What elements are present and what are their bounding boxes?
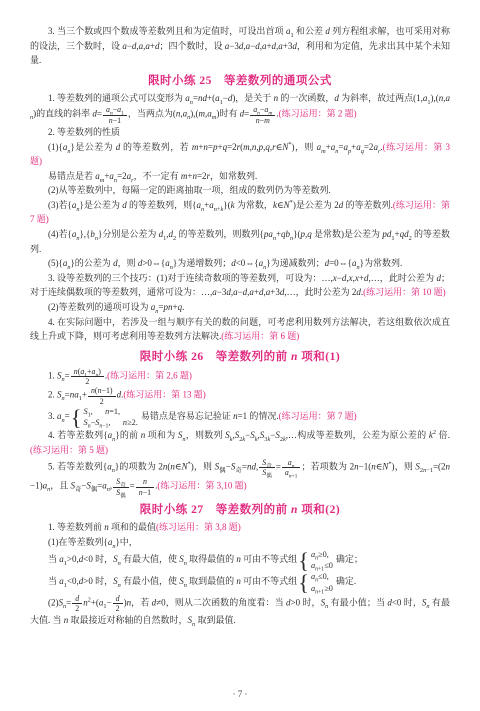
- fraction-denominator: S偶: [113, 487, 129, 497]
- fraction: d2: [113, 594, 123, 614]
- practice-ref: (练习运用：第 2 题): [279, 109, 357, 119]
- paragraph: 1. 等差数列的通项公式可以变形为 an=nd+(a1−d)，是关于 n 的一次…: [30, 91, 450, 125]
- fraction-numerator: n(n−1): [88, 386, 116, 395]
- fraction-denominator: an+1: [282, 467, 301, 477]
- piecewise-group: {an≥0,an+1≤0: [298, 549, 333, 571]
- fraction-numerator: an−a1: [103, 105, 127, 114]
- paragraph: 易错点是若 am+an=2ar，不一定有 m+n=2r，如常数列.: [30, 169, 450, 184]
- fraction: an−a1n−1: [103, 105, 127, 125]
- paragraph: 当 a1<0,d>0 时，Sn 有最小值，使 Sn 取到最值的 n 可由不等式组…: [30, 571, 450, 593]
- section-heading: 限时小练 25 等差数列的通项公式: [30, 72, 450, 88]
- cases-row: an≤0,: [311, 571, 333, 582]
- cases-body: an≥0,an+1≤0: [311, 549, 333, 571]
- document-page: 3. 当三个数或四个数成等差数列且和为定值时，可设出首项 a1 和公差 d 列方…: [0, 0, 480, 638]
- cases-row: an≥0,: [311, 549, 333, 560]
- fraction-denominator: 2: [88, 396, 116, 406]
- cases-cell: n≥2.: [123, 417, 138, 428]
- practice-ref: (练习运用：第 5 题): [30, 445, 108, 455]
- paragraph: (4)若{an},{bn}分别是公差为 d1,d2 的等差数列，则数列{pan+…: [30, 227, 450, 256]
- fraction-denominator: 2: [71, 376, 104, 386]
- left-brace: {: [298, 573, 309, 592]
- cases-cell: n=1,: [105, 406, 120, 417]
- fraction: an−amn−m: [250, 105, 275, 125]
- practice-ref: (练习运用：第 2,6 题): [107, 370, 192, 380]
- paragraph: 3. an={S1,n=1,Sn−Sn−1,n≥2.易错点是容易忘记验证 n=1…: [30, 406, 450, 428]
- fraction-numerator: n: [136, 477, 154, 486]
- cases-cell: Sn−Sn−1,: [84, 417, 111, 428]
- cases-cell: an+1≥0: [311, 583, 333, 594]
- left-brace: {: [298, 551, 309, 570]
- fraction-numerator: an: [282, 458, 301, 467]
- piecewise-group: {an≤0,an+1≥0: [298, 571, 333, 593]
- cases-cell: an≤0,: [311, 571, 329, 582]
- fraction-numerator: d: [113, 594, 123, 603]
- cases-cell: an+1≤0: [311, 560, 333, 571]
- cases-row: S1,n=1,: [84, 406, 138, 417]
- fraction: d2: [72, 594, 82, 614]
- paragraph: (2)等差数列的通项可设为 an=pn+q.: [30, 300, 450, 315]
- page-number: · 7 ·: [0, 689, 480, 699]
- fraction-numerator: S奇: [113, 477, 129, 486]
- paragraph: (2)从等差数列中，每隔一定的距离抽取一项，组成的数列仍为等差数列.: [30, 183, 450, 198]
- section-heading: 限时小练 26 等差数列的前 n 项和(1): [30, 348, 450, 364]
- practice-ref: (练习运用：第 3,8 题): [156, 522, 241, 532]
- paragraph: 4. 在实际问题中，若涉及一组与顺序有关的数的问题，可考虑利用数列方法解决，若这…: [30, 315, 450, 344]
- cases-body: an≤0,an+1≥0: [311, 571, 333, 593]
- left-brace: {: [71, 408, 82, 427]
- fraction-denominator: 2: [113, 603, 123, 613]
- cases-body: S1,n=1,Sn−Sn−1,n≥2.: [84, 406, 138, 428]
- fraction: n(n−1)2: [88, 386, 116, 406]
- practice-ref: (练习运用：第 3 题): [30, 142, 450, 167]
- piecewise-group: {S1,n=1,Sn−Sn−1,n≥2.: [71, 406, 138, 428]
- fraction: S奇S偶: [113, 477, 129, 497]
- paragraph: (1)在等差数列{an}中，: [30, 535, 450, 550]
- paragraph: 5. 若等差数列{an}的项数为 2n(n∈N*)，则 S偶−S奇=nd,S奇S…: [30, 458, 450, 497]
- cases-row: an+1≤0: [311, 560, 333, 571]
- practice-ref: (练习运用：第 3,10 题): [157, 481, 246, 491]
- fraction-denominator: 2: [72, 603, 82, 613]
- fraction-numerator: d: [72, 594, 82, 603]
- paragraph: (2)Sn=d2n2+(a1−d2)n，若 d≠0，则从二次函数的角度看：当 d…: [30, 594, 450, 628]
- fraction-denominator: n−1: [136, 487, 154, 497]
- paragraph: 4. 若等差数列{an}的前 n 项和为 Sn，则数列 Sk,S2k−Sk,S3…: [30, 428, 450, 457]
- page-content: 3. 当三个数或四个数成等差数列且和为定值时，可设出首项 a1 和公差 d 列方…: [30, 24, 450, 628]
- paragraph: 2. Sn=na1+n(n−1)2d.(练习运用：第 13 题): [30, 386, 450, 406]
- practice-ref: (练习运用：第 7 题): [30, 200, 450, 225]
- fraction: nn−1: [136, 477, 154, 497]
- cases-cell: an≥0,: [311, 549, 329, 560]
- cases-row: an+1≥0: [311, 583, 333, 594]
- paragraph: 1. 等差数列前 n 项和的最值(练习运用：第 3,8 题): [30, 520, 450, 535]
- practice-ref: (练习运用：第 7 题): [279, 411, 357, 421]
- practice-ref: (练习运用：第 6 题): [221, 331, 299, 341]
- practice-ref: (练习运用：第 10 题): [363, 287, 446, 297]
- paragraph: 2. 等差数列的性质: [30, 125, 450, 140]
- fraction-denominator: S偶: [259, 467, 275, 477]
- fraction: anan+1: [282, 458, 301, 478]
- cases-row: Sn−Sn−1,n≥2.: [84, 417, 138, 428]
- paragraph: 当 a1>0,d<0 时，Sn 有最大值，使 Sn 取得最值的 n 可由不等式组…: [30, 549, 450, 571]
- paragraph: 3. 设等差数列的三个技巧：(1)对于连续奇数项的等差数列，可设为：…,x−d,…: [30, 271, 450, 300]
- cases-cell: S1,: [84, 406, 93, 417]
- paragraph: (1){an}是公差为 d 的等差数列，若 m+n=p+q=2r(m,n,p,q…: [30, 140, 450, 169]
- paragraph: 1. Sn=n(a1+an)2.(练习运用：第 2,6 题): [30, 367, 450, 387]
- fraction-numerator: an−am: [250, 105, 275, 114]
- fraction-numerator: n(a1+an): [71, 367, 104, 376]
- fraction: S奇S偶: [259, 458, 275, 478]
- paragraph: (3)若{an}是公差为 d 的等差数列，则{an+an+k}(k 为常数，k∈…: [30, 198, 450, 227]
- practice-ref: (练习运用：第 13 题): [123, 390, 206, 400]
- paragraph: (5){an}的公差为 d，则 d>0⇔{an}为递增数列；d<0⇔{an}为递…: [30, 256, 450, 271]
- section-heading: 限时小练 27 等差数列的前 n 项和(2): [30, 501, 450, 517]
- fraction: n(a1+an)2: [71, 367, 104, 387]
- paragraph: 3. 当三个数或四个数成等差数列且和为定值时，可设出首项 a1 和公差 d 列方…: [30, 24, 450, 68]
- fraction-numerator: S奇: [259, 458, 275, 467]
